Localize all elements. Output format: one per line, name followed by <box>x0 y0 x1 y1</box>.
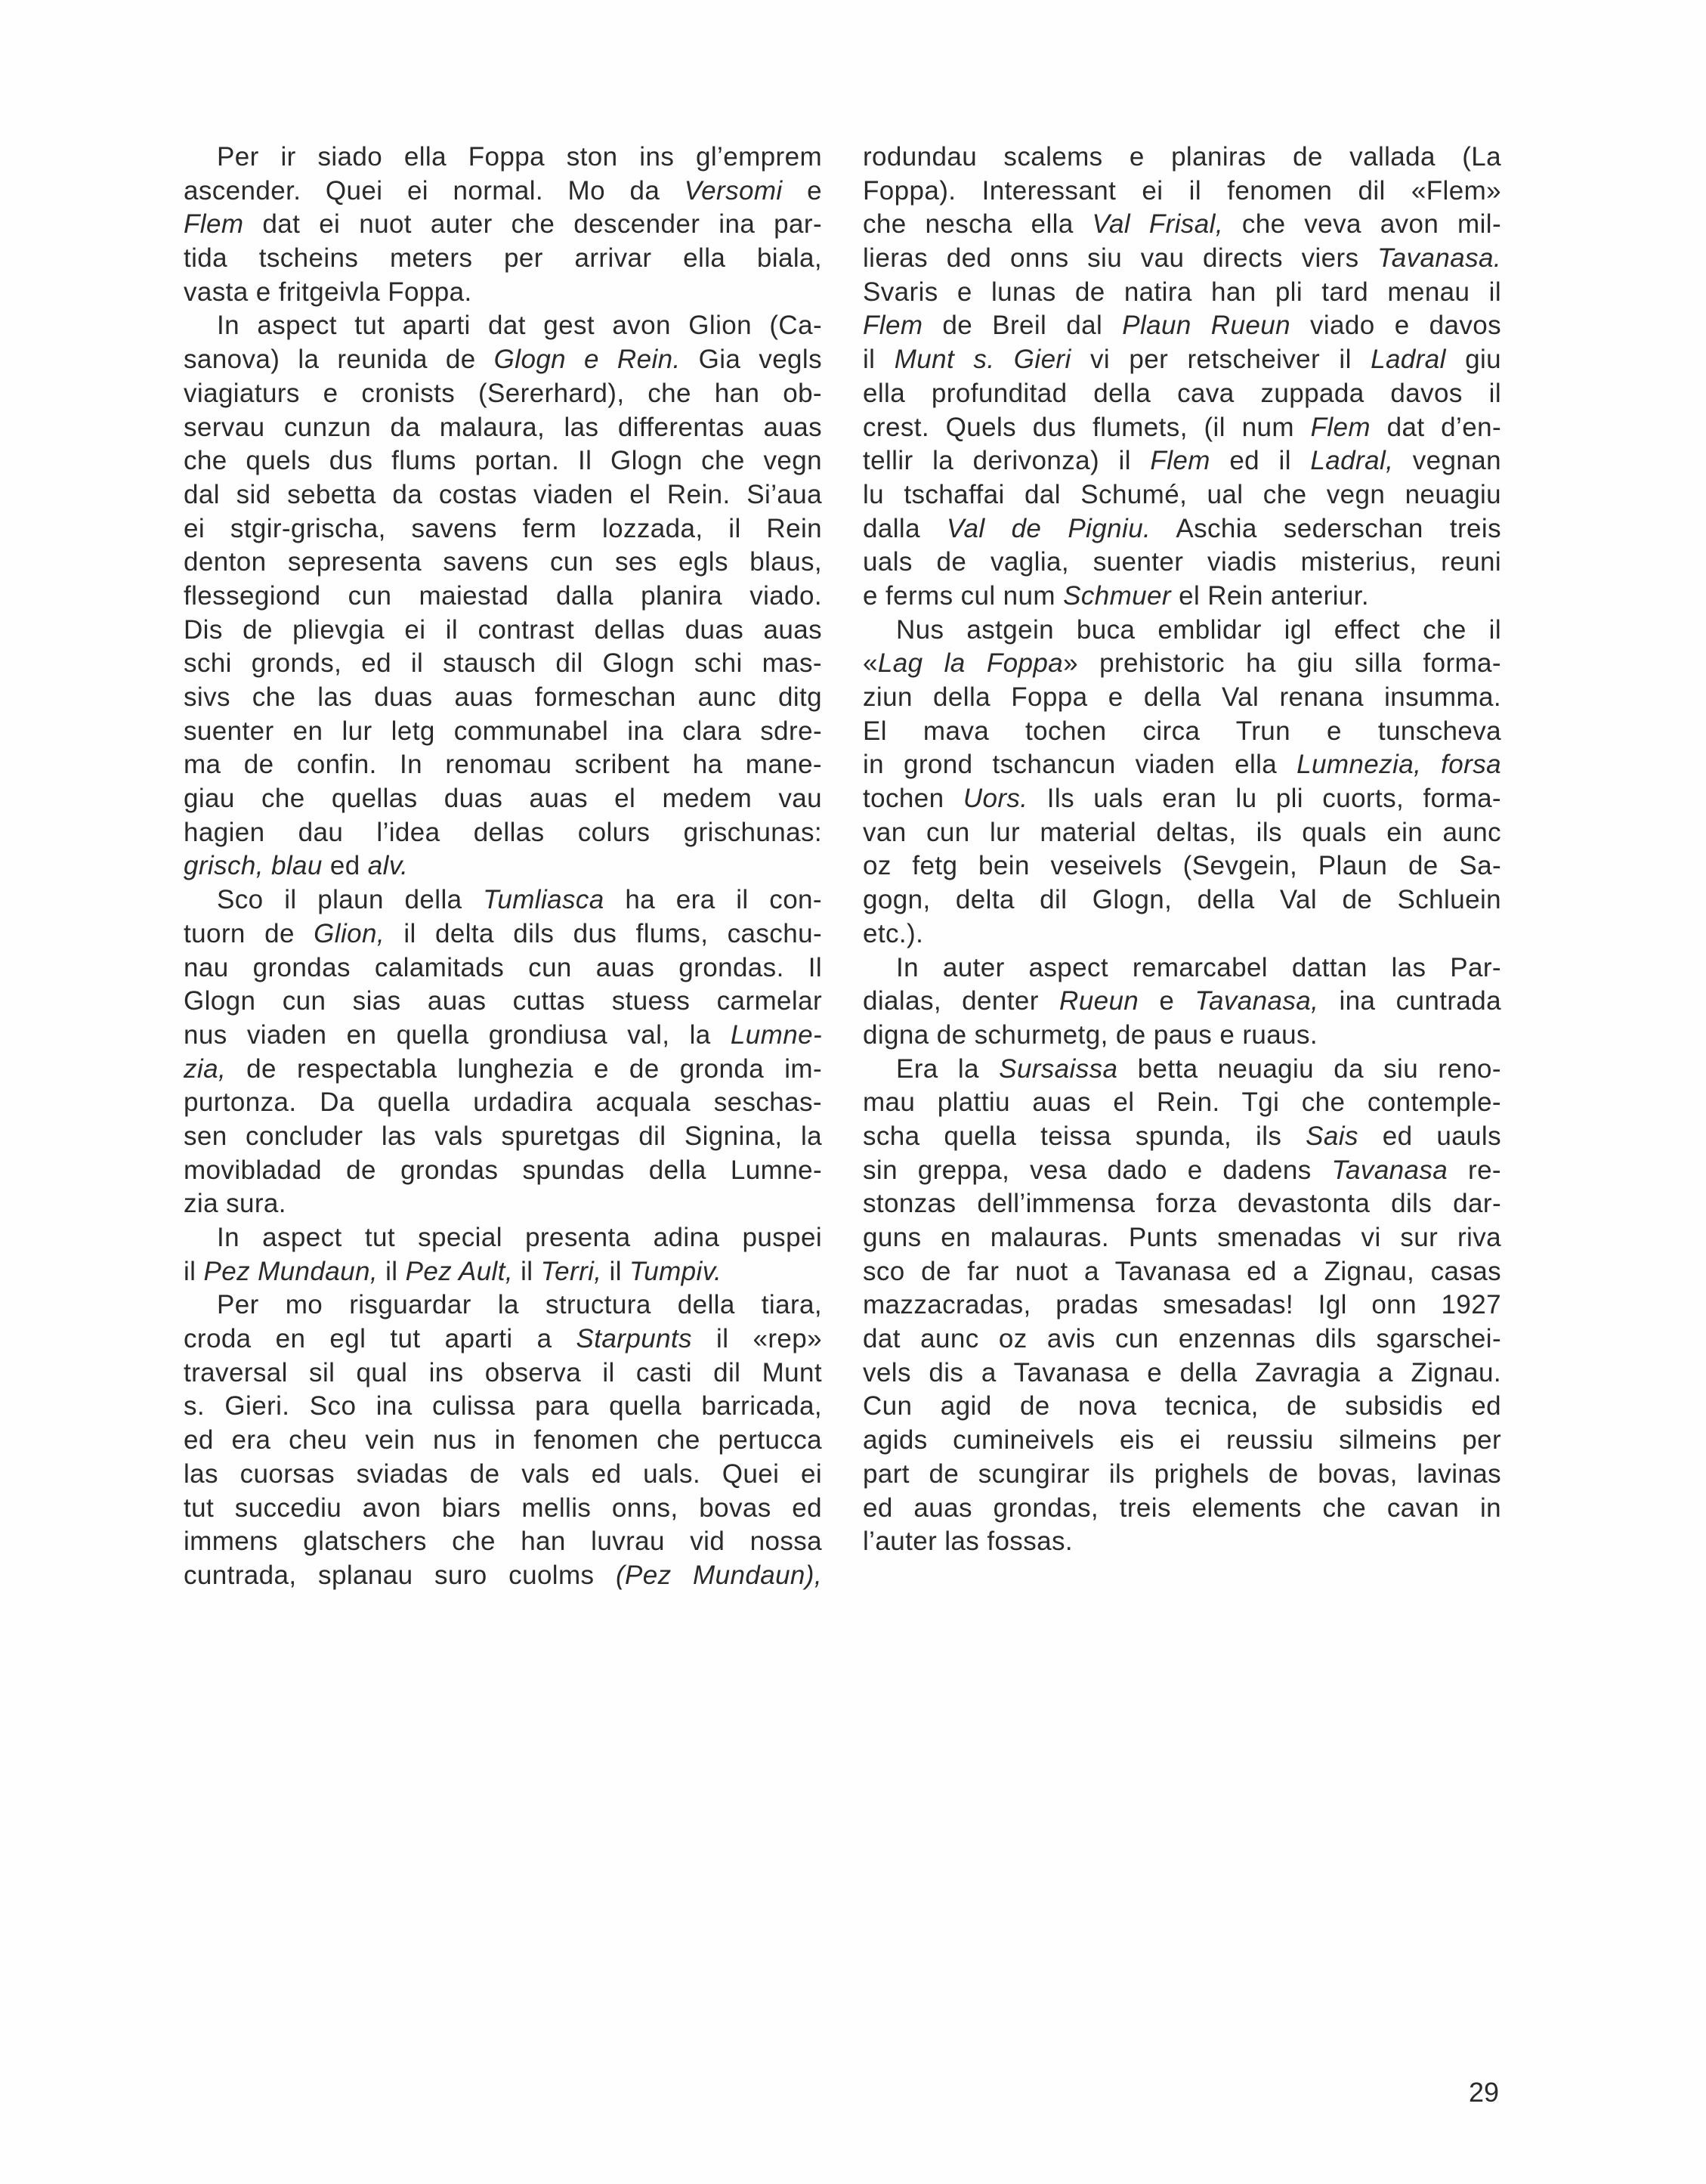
text-line: sin greppa, vesa dado e dadens Tavanasa … <box>863 1154 1501 1188</box>
text-run: suenter en lur letg communabel ina clara… <box>184 716 822 746</box>
text-run: immens glatschers che han luvrau vid nos… <box>184 1527 822 1556</box>
text-run: ei stgir-grischa, savens ferm lozzada, i… <box>184 514 822 543</box>
text-line: movibladad de grondas spundas della Lumn… <box>184 1154 822 1188</box>
text-run: vi per retscheiver il <box>1071 345 1371 374</box>
italic-text: grisch, blau <box>184 851 323 880</box>
text-run: denton sepresenta savens cun ses egls bl… <box>184 547 822 577</box>
text-line: tochen Uors. Ils uals eran lu pli cuorts… <box>863 782 1501 816</box>
text-run: van cun lur material deltas, ils quals e… <box>863 818 1501 847</box>
text-line: oz fetg bein veseivels (Sevgein, Plaun d… <box>863 849 1501 883</box>
text-line: zia, de respectabla lunghezia e de grond… <box>184 1053 822 1087</box>
text-line: scha quella teissa spunda, ils Sais ed u… <box>863 1120 1501 1154</box>
text-run: agids cumineivels eis ei reussiu silmein… <box>863 1425 1501 1455</box>
text-line: Per ir siado ella Foppa ston ins gl’empr… <box>184 141 822 175</box>
italic-text: Val de Pigniu. <box>947 514 1151 543</box>
text-line: sen concluder las vals spuretgas dil Sig… <box>184 1120 822 1154</box>
text-run: mazzacradas, pradas smesadas! Igl onn 19… <box>863 1290 1501 1319</box>
text-run: servau cunzun da malaura, las differenta… <box>184 413 822 442</box>
text-run: sin greppa, vesa dado e dadens <box>863 1155 1331 1185</box>
italic-text: Flem <box>863 311 923 340</box>
text-line: digna de schurmetg, de paus e ruaus. <box>863 1019 1501 1053</box>
text-run: che veva avon mil- <box>1223 209 1501 239</box>
text-line: gogn, delta dil Glogn, della Val de Schl… <box>863 883 1501 917</box>
text-line: Glogn cun sias auas cuttas stuess carmel… <box>184 985 822 1019</box>
text-run: rodundau scalems e planiras de vallada (… <box>863 142 1501 172</box>
text-run: ed auas grondas, treis elements che cava… <box>863 1493 1501 1523</box>
text-line: In aspect tut aparti dat gest avon Glion… <box>184 309 822 343</box>
text-run: betta neuagiu da siu reno- <box>1117 1054 1501 1084</box>
italic-text: Uors. <box>963 784 1028 813</box>
text-run: ed era cheu vein nus in fenomen che pert… <box>184 1425 822 1455</box>
text-run: il <box>378 1257 406 1286</box>
text-line: ma de confin. In renomau scribent ha man… <box>184 748 822 782</box>
text-line: traversal sil qual ins observa il casti … <box>184 1356 822 1391</box>
text-run: ed il <box>1210 446 1311 475</box>
text-run: crest. Quels dus flumets, (il num <box>863 413 1311 442</box>
text-line: tuorn de Glion, il delta dils dus flums,… <box>184 917 822 951</box>
text-run: ma de confin. In renomau scribent ha man… <box>184 750 822 779</box>
text-run: tochen <box>863 784 963 813</box>
italic-text: Tumpiv. <box>629 1257 722 1286</box>
italic-text: Starpunts <box>576 1324 692 1353</box>
italic-text: Pez Ault, <box>406 1257 513 1286</box>
text-run: tuorn de <box>184 919 314 948</box>
text-run: Per ir siado ella Foppa ston ins gl’empr… <box>217 142 822 172</box>
text-line: lu tschaffai dal Schumé, ual che vegn ne… <box>863 478 1501 512</box>
italic-text: Lumnezia, forsa <box>1296 750 1501 779</box>
text-line: Cun agid de nova tecnica, de subsidis ed <box>863 1390 1501 1424</box>
text-run: flessegiond cun maiestad dalla planira v… <box>184 581 822 611</box>
text-run: ina cuntrada <box>1318 986 1501 1016</box>
text-run: » prehistoric ha giu silla forma- <box>1063 648 1501 678</box>
text-line: Era la Sursaissa betta neuagiu da siu re… <box>863 1053 1501 1087</box>
text-run: part de scungirar ils prighels de bovas,… <box>863 1459 1501 1489</box>
text-line: Nus astgein buca emblidar igl effect che… <box>863 614 1501 648</box>
text-run: che nescha ella <box>863 209 1093 239</box>
text-line: schi gronds, ed il stausch dil Glogn sch… <box>184 647 822 681</box>
italic-text: Tumliasca <box>483 885 604 914</box>
text-run: nus viaden en quella grondiusa val, la <box>184 1020 731 1050</box>
text-line: s. Gieri. Sco ina culissa para quella ba… <box>184 1390 822 1424</box>
text-run: ed <box>323 851 368 880</box>
text-run: vels dis a Tavanasa e della Zavragia a Z… <box>863 1358 1501 1387</box>
text-run: sivs che las duas auas formeschan aunc d… <box>184 682 822 712</box>
text-run: gogn, delta dil Glogn, della Val de Schl… <box>863 885 1501 914</box>
text-line: ascender. Quei ei normal. Mo da Versomi … <box>184 175 822 209</box>
text-run: che quels dus flums portan. Il Glogn che… <box>184 446 822 475</box>
text-run: dat aunc oz avis cun enzennas dils sgars… <box>863 1324 1501 1353</box>
text-line: viagiaturs e cronists (Sererhard), che h… <box>184 377 822 411</box>
text-run: purtonza. Da quella urdadira acquala ses… <box>184 1087 822 1117</box>
text-run: s. Gieri. Sco ina culissa para quella ba… <box>184 1391 822 1421</box>
text-line: Flem dat ei nuot auter che descender ina… <box>184 208 822 242</box>
italic-text: Glion, <box>314 919 385 948</box>
italic-text: Glogn e Rein. <box>494 345 681 374</box>
italic-text: Munt s. Gieri <box>895 345 1071 374</box>
italic-text: (Pez Mundaun), <box>616 1561 822 1590</box>
text-run: dal sid sebetta da costas viaden el Rein… <box>184 480 822 509</box>
italic-text: Flem <box>1311 413 1371 442</box>
text-run: Nus astgein buca emblidar igl effect che… <box>896 615 1501 645</box>
text-line: tut succediu avon biars mellis onns, bov… <box>184 1492 822 1526</box>
text-line: stonzas dell’immensa forza devastonta di… <box>863 1187 1501 1221</box>
document-page: Per ir siado ella Foppa ston ins gl’empr… <box>0 0 1706 2184</box>
italic-text: Rueun <box>1059 986 1139 1016</box>
text-line: mau plattiu auas el Rein. Tgi che contem… <box>863 1086 1501 1120</box>
text-run: il <box>863 345 895 374</box>
italic-text: Val Frisal, <box>1093 209 1223 239</box>
text-line: las cuorsas sviadas de vals ed uals. Que… <box>184 1458 822 1492</box>
text-run: il «rep» <box>692 1324 822 1353</box>
text-run: In aspect tut aparti dat gest avon Glion… <box>217 311 822 340</box>
text-line: tida tscheins meters per arrivar ella bi… <box>184 242 822 276</box>
text-run: sco de far nuot a Tavanasa ed a Zignau, … <box>863 1257 1501 1286</box>
text-run: traversal sil qual ins observa il casti … <box>184 1358 822 1387</box>
italic-text: Plaun Rueun <box>1122 311 1290 340</box>
text-run: mau plattiu auas el Rein. Tgi che contem… <box>863 1087 1501 1117</box>
text-run: In auter aspect remarcabel dattan las Pa… <box>896 953 1501 982</box>
text-run: de respectabla lunghezia e de gronda im- <box>226 1054 822 1084</box>
italic-text: Tavanasa. <box>1377 243 1501 273</box>
text-run: re- <box>1448 1155 1501 1185</box>
text-run: scha quella teissa spunda, ils <box>863 1121 1306 1151</box>
text-line: lieras ded onns siu vau directs viers Ta… <box>863 242 1501 276</box>
text-line: in grond tschancun viaden ella Lumnezia,… <box>863 748 1501 782</box>
italic-text: Ladral, <box>1310 446 1393 475</box>
text-line: Svaris e lunas de natira han pli tard me… <box>863 276 1501 310</box>
text-line: e ferms cul num Schmuer el Rein anteriur… <box>863 580 1501 614</box>
text-run: dialas, denter <box>863 986 1059 1016</box>
text-run: uals de vaglia, suenter viadis misterius… <box>863 547 1501 577</box>
text-line: rodundau scalems e planiras de vallada (… <box>863 141 1501 175</box>
text-run: Dis de plievgia ei il contrast dellas du… <box>184 615 822 645</box>
italic-text: zia, <box>184 1054 226 1084</box>
text-line: che quels dus flums portan. Il Glogn che… <box>184 444 822 478</box>
text-line: immens glatschers che han luvrau vid nos… <box>184 1525 822 1559</box>
italic-text: Pez Mundaun, <box>203 1257 378 1286</box>
text-line: ed era cheu vein nus in fenomen che pert… <box>184 1424 822 1458</box>
text-line: ei stgir-grischa, savens ferm lozzada, i… <box>184 512 822 546</box>
text-line: denton sepresenta savens cun ses egls bl… <box>184 546 822 580</box>
text-line: dal sid sebetta da costas viaden el Rein… <box>184 478 822 512</box>
text-line: El mava tochen circa Trun e tunscheva <box>863 715 1501 749</box>
text-run: lieras ded onns siu vau directs viers <box>863 243 1377 273</box>
text-run: Aschia sederschan treis <box>1151 514 1501 543</box>
text-run: zia sura. <box>184 1189 286 1218</box>
italic-text: Lumne- <box>731 1020 822 1050</box>
text-line: guns en malauras. Punts smenadas vi sur … <box>863 1221 1501 1255</box>
text-line: sanova) la reunida de Glogn e Rein. Gia … <box>184 343 822 377</box>
text-run: ascender. Quei ei normal. Mo da <box>184 176 685 206</box>
text-line: dat aunc oz avis cun enzennas dils sgars… <box>863 1322 1501 1356</box>
text-run: movibladad de grondas spundas della Lumn… <box>184 1155 822 1185</box>
text-line: van cun lur material deltas, ils quals e… <box>863 816 1501 850</box>
text-run: il <box>184 1257 203 1286</box>
text-run: Ils uals eran lu pli cuorts, forma- <box>1028 784 1501 813</box>
text-run: tellir la derivonza) il <box>863 446 1150 475</box>
text-line: Flem de Breil dal Plaun Rueun viado e da… <box>863 309 1501 343</box>
text-run: e <box>783 176 822 206</box>
text-run: lu tschaffai dal Schumé, ual che vegn ne… <box>863 480 1501 509</box>
text-run: ziun della Foppa e della Val renana insu… <box>863 682 1501 712</box>
italic-text: Flem <box>1150 446 1210 475</box>
text-line: dialas, denter Rueun e Tavanasa, ina cun… <box>863 985 1501 1019</box>
text-line: ed auas grondas, treis elements che cava… <box>863 1492 1501 1526</box>
text-run: « <box>863 648 878 678</box>
text-run: Per mo risguardar la structura della tia… <box>217 1290 822 1319</box>
text-line: mazzacradas, pradas smesadas! Igl onn 19… <box>863 1288 1501 1322</box>
text-run: Era la <box>896 1054 999 1084</box>
text-line: crest. Quels dus flumets, (il num Flem d… <box>863 411 1501 445</box>
text-run: il <box>513 1257 541 1286</box>
italic-text: Schmuer <box>1063 581 1171 611</box>
text-line: tellir la derivonza) il Flem ed il Ladra… <box>863 444 1501 478</box>
text-run: Sco il plaun della <box>217 885 483 914</box>
italic-text: Flem <box>184 209 243 239</box>
text-run: dalla <box>863 514 947 543</box>
italic-text: Ladral <box>1371 345 1446 374</box>
text-line: agids cumineivels eis ei reussiu silmein… <box>863 1424 1501 1458</box>
text-line: Sco il plaun della Tumliasca ha era il c… <box>184 883 822 917</box>
text-run: Gia vegls <box>681 345 822 374</box>
text-line: che nescha ella Val Frisal, che veva avo… <box>863 208 1501 242</box>
text-run: il <box>601 1257 629 1286</box>
text-line: uals de vaglia, suenter viadis misterius… <box>863 546 1501 580</box>
text-run: dat ei nuot auter che descender ina par- <box>243 209 822 239</box>
text-line: giau che quellas duas auas el medem vau <box>184 782 822 816</box>
text-run: etc.). <box>863 919 923 948</box>
text-line: ella profunditad della cava zuppada davo… <box>863 377 1501 411</box>
text-line: servau cunzun da malaura, las differenta… <box>184 411 822 445</box>
text-run: ha era il con- <box>604 885 822 914</box>
text-run: ella profunditad della cava zuppada davo… <box>863 379 1501 408</box>
text-run: de Breil dal <box>923 311 1122 340</box>
text-run: giu <box>1446 345 1501 374</box>
text-run: el Rein anteriur. <box>1171 581 1369 611</box>
text-line: cuntrada, splanau suro cuolms (Pez Munda… <box>184 1559 822 1593</box>
text-column-right: rodundau scalems e planiras de vallada (… <box>863 141 1501 1559</box>
italic-text: Sursaissa <box>999 1054 1117 1084</box>
text-line: il Pez Mundaun, il Pez Ault, il Terri, i… <box>184 1255 822 1289</box>
text-run: in grond tschancun viaden ella <box>863 750 1296 779</box>
text-run: In aspect tut special presenta adina pus… <box>217 1223 822 1252</box>
text-line: zia sura. <box>184 1187 822 1221</box>
text-run: e <box>1139 986 1195 1016</box>
text-run: El mava tochen circa Trun e tunscheva <box>863 716 1501 746</box>
text-run: giau che quellas duas auas el medem vau <box>184 784 822 813</box>
text-run: nau grondas calamitads cun auas grondas.… <box>184 953 822 982</box>
italic-text: Tavanasa, <box>1195 986 1318 1016</box>
text-line: croda en egl tut aparti a Starpunts il «… <box>184 1322 822 1356</box>
text-run: Foppa). Interessant ei il fenomen dil «F… <box>863 176 1501 206</box>
text-run: guns en malauras. Punts smenadas vi sur … <box>863 1223 1501 1252</box>
text-run: tut succediu avon biars mellis onns, bov… <box>184 1493 822 1523</box>
italic-text: alv. <box>368 851 408 880</box>
text-column-left: Per ir siado ella Foppa ston ins gl’empr… <box>184 141 822 1593</box>
text-line: sco de far nuot a Tavanasa ed a Zignau, … <box>863 1255 1501 1289</box>
text-line: part de scungirar ils prighels de bovas,… <box>863 1458 1501 1492</box>
text-run: las cuorsas sviadas de vals ed uals. Que… <box>184 1459 822 1489</box>
text-line: il Munt s. Gieri vi per retscheiver il L… <box>863 343 1501 377</box>
text-run: oz fetg bein veseivels (Sevgein, Plaun d… <box>863 851 1501 880</box>
text-run: vegnan <box>1393 446 1501 475</box>
text-run: schi gronds, ed il stausch dil Glogn sch… <box>184 648 822 678</box>
text-line: flessegiond cun maiestad dalla planira v… <box>184 580 822 614</box>
text-run: croda en egl tut aparti a <box>184 1324 576 1353</box>
text-line: vels dis a Tavanasa e della Zavragia a Z… <box>863 1356 1501 1391</box>
text-run: e ferms cul num <box>863 581 1063 611</box>
text-line: In aspect tut special presenta adina pus… <box>184 1221 822 1255</box>
italic-text: Lag la Foppa <box>878 648 1063 678</box>
text-run: tida tscheins meters per arrivar ella bi… <box>184 243 822 273</box>
text-run: Cun agid de nova tecnica, de subsidis ed <box>863 1391 1501 1421</box>
text-line: etc.). <box>863 917 1501 951</box>
text-run: il delta dils dus flums, caschu- <box>385 919 822 948</box>
text-run: dat d’en- <box>1371 413 1501 442</box>
text-line: ziun della Foppa e della Val renana insu… <box>863 681 1501 715</box>
italic-text: Sais <box>1306 1121 1358 1151</box>
text-line: sivs che las duas auas formeschan aunc d… <box>184 681 822 715</box>
italic-text: Tavanasa <box>1331 1155 1448 1185</box>
text-run: vasta e fritgeivla Foppa. <box>184 277 472 307</box>
text-run: Glogn cun sias auas cuttas stuess carmel… <box>184 986 822 1016</box>
text-line: «Lag la Foppa» prehistoric ha giu silla … <box>863 647 1501 681</box>
text-line: Per mo risguardar la structura della tia… <box>184 1288 822 1322</box>
text-line: Foppa). Interessant ei il fenomen dil «F… <box>863 175 1501 209</box>
text-run: viado e davos <box>1290 311 1501 340</box>
italic-text: Terri, <box>541 1257 602 1286</box>
text-run: Svaris e lunas de natira han pli tard me… <box>863 277 1501 307</box>
text-line: nau grondas calamitads cun auas grondas.… <box>184 951 822 985</box>
page-number: 29 <box>1469 2077 1499 2108</box>
text-line: dalla Val de Pigniu. Aschia sederschan t… <box>863 512 1501 546</box>
text-line: suenter en lur letg communabel ina clara… <box>184 715 822 749</box>
text-run: cuntrada, splanau suro cuolms <box>184 1561 616 1590</box>
text-run: digna de schurmetg, de paus e ruaus. <box>863 1020 1318 1050</box>
text-run: sen concluder las vals spuretgas dil Sig… <box>184 1121 822 1151</box>
text-line: vasta e fritgeivla Foppa. <box>184 276 822 310</box>
text-run: viagiaturs e cronists (Sererhard), che h… <box>184 379 822 408</box>
text-line: grisch, blau ed alv. <box>184 849 822 883</box>
text-line: l’auter las fossas. <box>863 1525 1501 1559</box>
text-line: In auter aspect remarcabel dattan las Pa… <box>863 951 1501 985</box>
text-line: Dis de plievgia ei il contrast dellas du… <box>184 614 822 648</box>
text-line: nus viaden en quella grondiusa val, la L… <box>184 1019 822 1053</box>
text-run: hagien dau l’idea dellas colurs grischun… <box>184 818 822 847</box>
text-run: stonzas dell’immensa forza devastonta di… <box>863 1189 1501 1218</box>
text-run: sanova) la reunida de <box>184 345 494 374</box>
text-line: hagien dau l’idea dellas colurs grischun… <box>184 816 822 850</box>
italic-text: Versomi <box>685 176 783 206</box>
text-run: ed uauls <box>1358 1121 1501 1151</box>
text-run: l’auter las fossas. <box>863 1527 1073 1556</box>
text-line: purtonza. Da quella urdadira acquala ses… <box>184 1086 822 1120</box>
